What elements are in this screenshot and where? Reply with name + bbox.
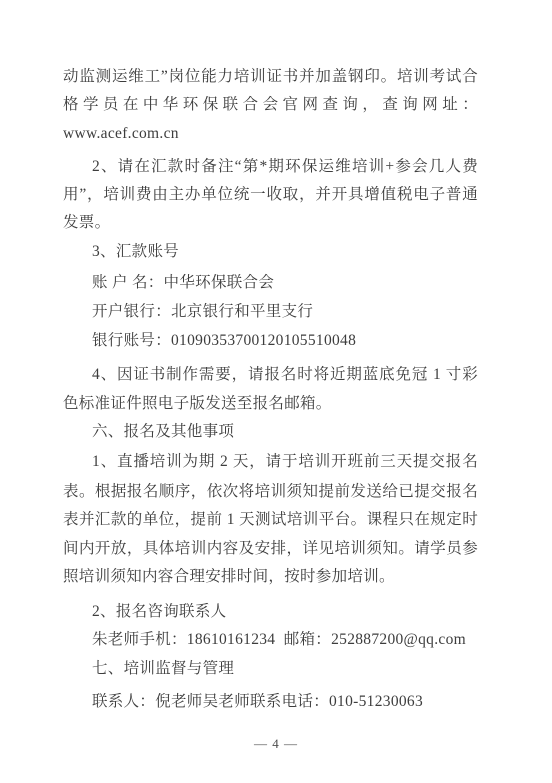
text-line: 用”，培训费由主办单位统一收取，并开具增值税电子普通 — [63, 184, 478, 205]
text-line: 间内开放，具体培训内容及安排，详见培训须知。请学员参 — [63, 538, 478, 559]
text-line: 色标准证件照电子版发送至报名邮箱。 — [63, 393, 332, 414]
text-line: 4、因证书制作需要，请报名时将近期蓝底免冠 1 寸彩 — [92, 364, 478, 385]
text-line: 1、直播培训为期 2 天，请于培训开班前三天提交报名 — [92, 451, 478, 472]
text-line: 照培训须知内容合理安排时间，按时参加培训。 — [63, 566, 395, 587]
text-line: 发票。 — [63, 212, 110, 233]
text-line: 2、报名咨询联系人 — [92, 601, 226, 622]
text-line: 开户银行：北京银行和平里支行 — [92, 301, 313, 322]
text-line: 六、报名及其他事项 — [92, 421, 234, 442]
text-line: 动监测运维工”岗位能力培训证书并加盖钢印。培训考试合 — [63, 66, 478, 87]
text-line: 七、培训监督与管理 — [92, 658, 234, 679]
document-page: 动监测运维工”岗位能力培训证书并加盖钢印。培训考试合格学员在中华环保联合会官网查… — [0, 0, 552, 783]
text-line: 格学员在中华环保联合会官网查询，查询网址： — [63, 94, 478, 115]
text-line: www.acef.com.cn — [63, 123, 179, 144]
text-line: 2、请在汇款时备注“第*期环保运维培训+参会几人费 — [92, 156, 478, 177]
page-number: — 4 — — [0, 736, 552, 752]
text-line: 表。根据报名顺序，依次将培训须知提前发送给已提交报名 — [63, 481, 478, 502]
text-line: 朱老师手机：18610161234 邮箱：252887200@qq.com — [92, 629, 466, 650]
text-line: 账 户 名：中华环保联合会 — [92, 272, 274, 293]
text-line: 3、汇款账号 — [92, 241, 179, 262]
text-line: 联系人：倪老师吴老师联系电话：010-51230063 — [92, 691, 423, 712]
text-line: 表并汇款的单位，提前 1 天测试培训平台。课程只在规定时 — [63, 509, 478, 530]
text-line: 银行账号：01090353700120105510048 — [92, 330, 356, 351]
